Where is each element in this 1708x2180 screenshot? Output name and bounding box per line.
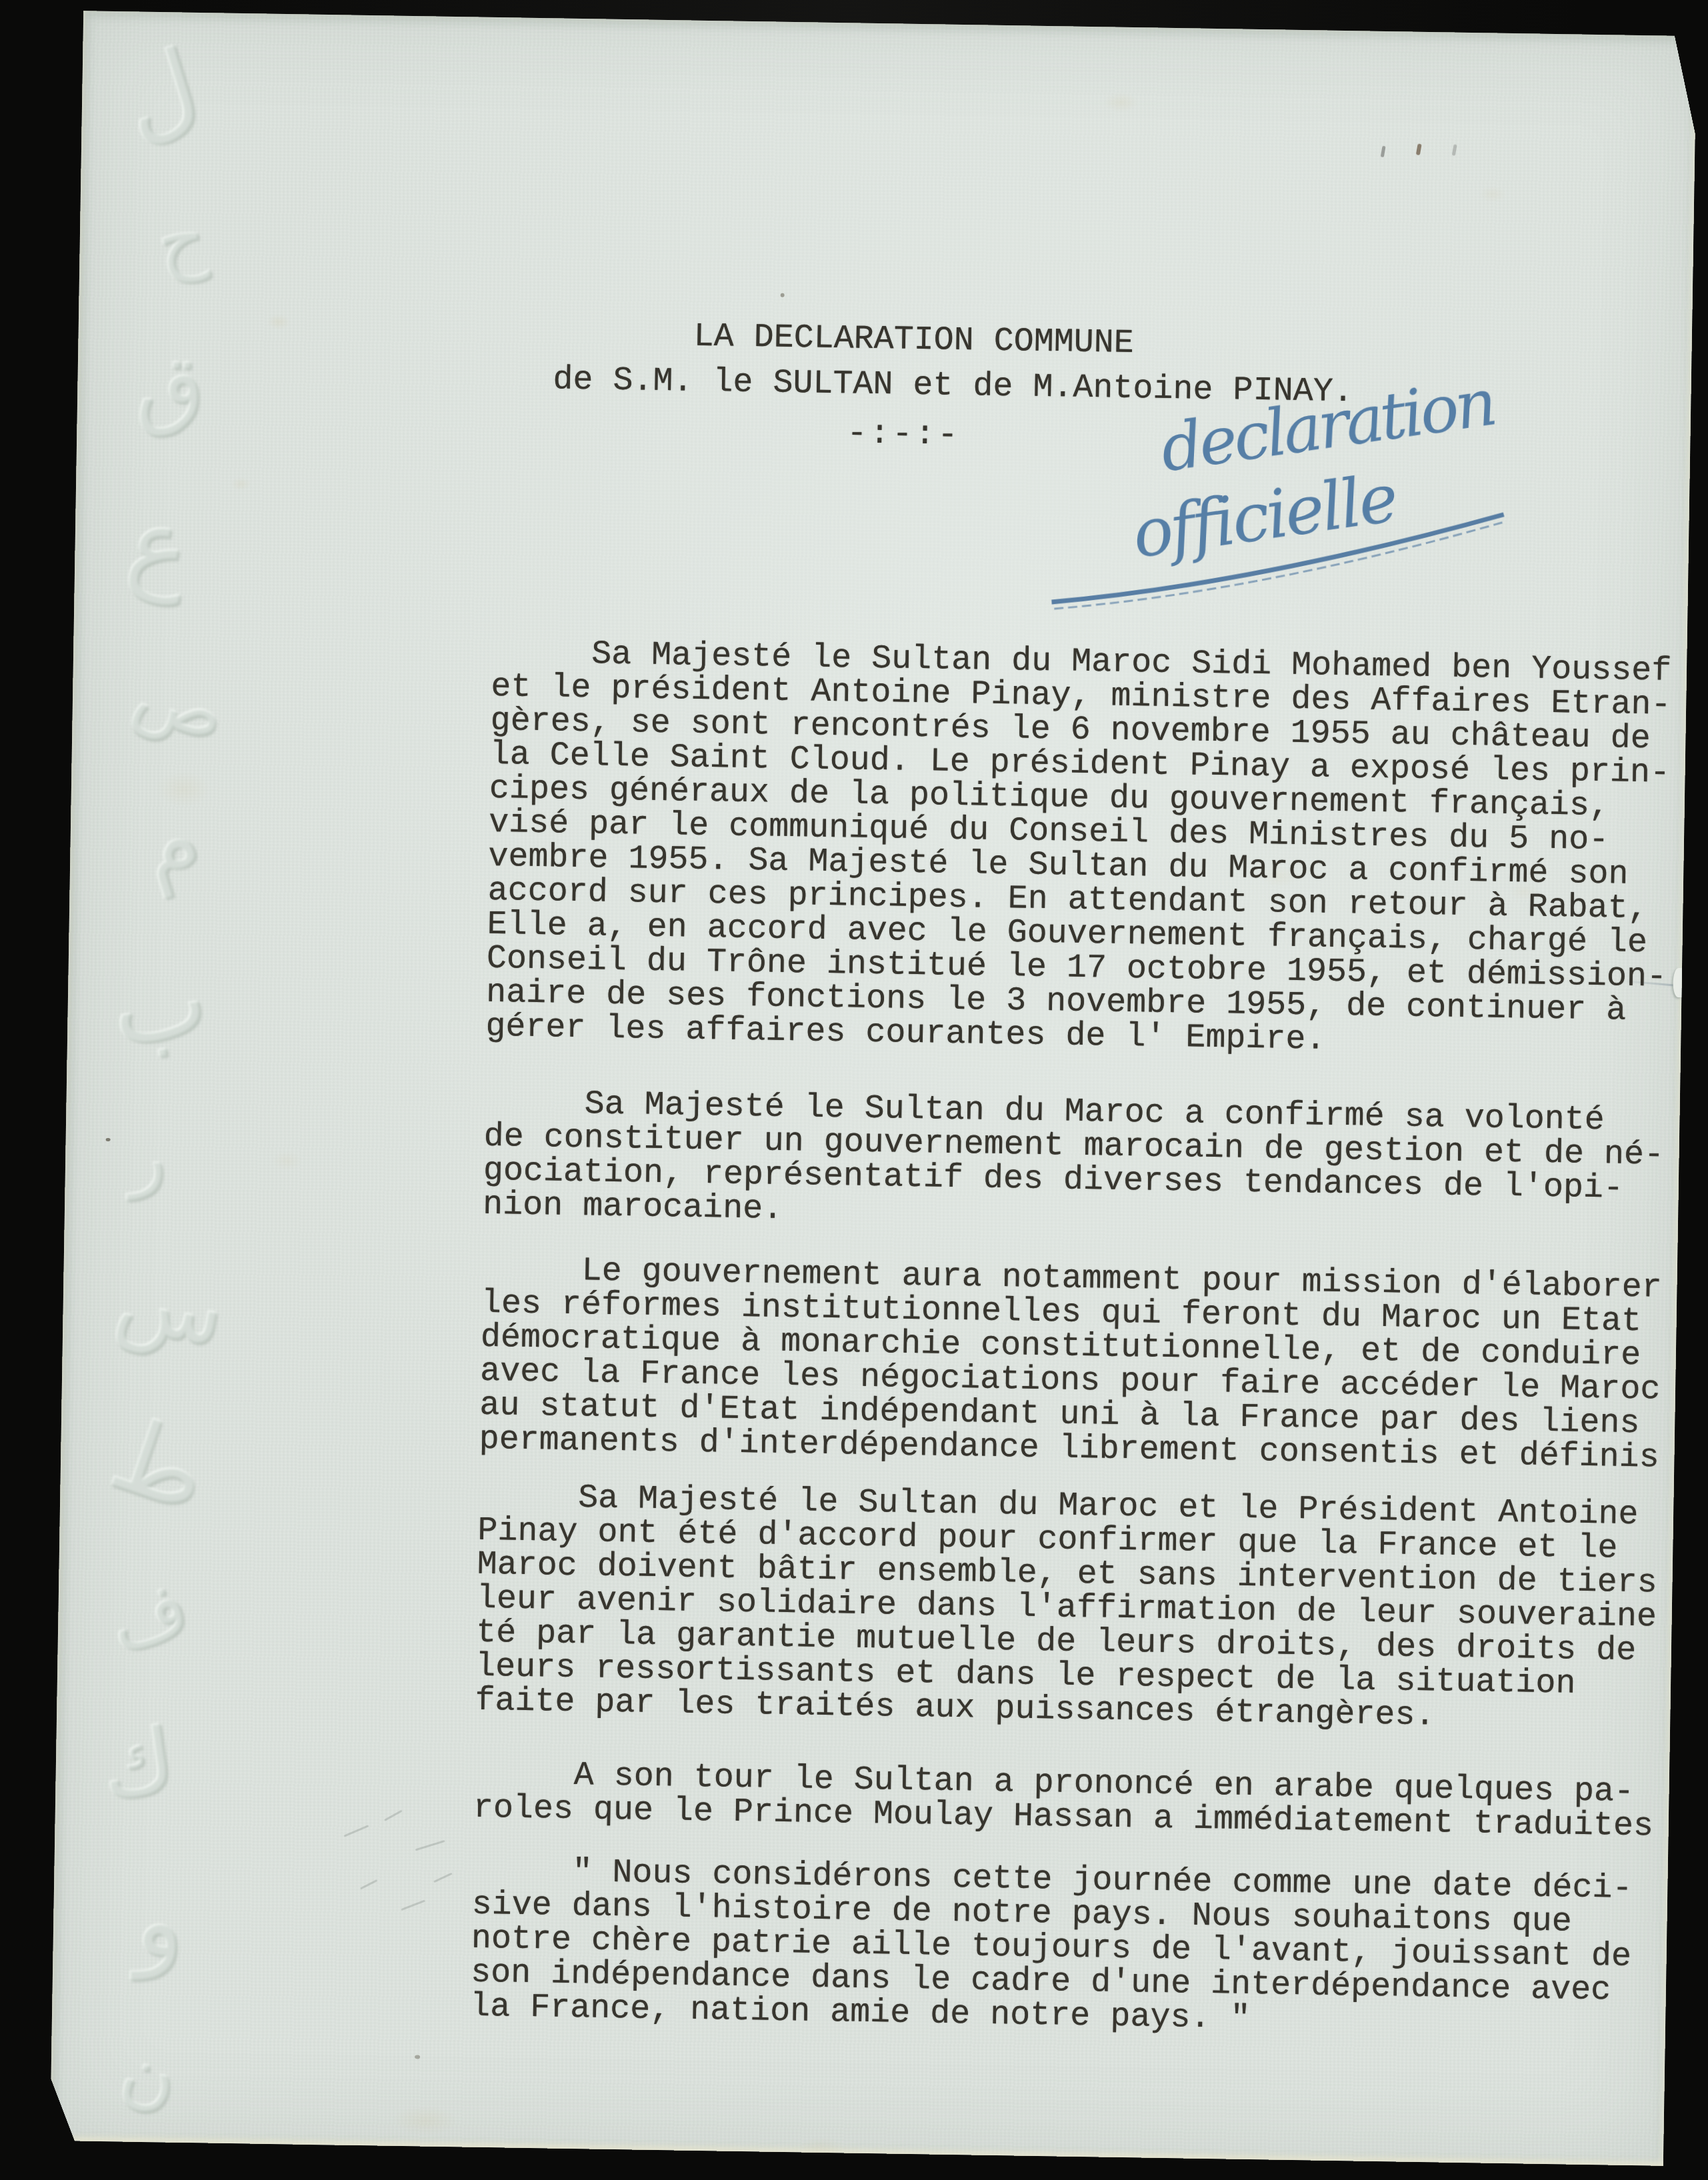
document-title: LA DECLARATION COMMUNE [693,318,1134,363]
pencil-mark [433,1873,452,1883]
pen-mark [1416,143,1422,155]
ink-speck [106,1138,111,1141]
title-separator: -:-:- [847,415,961,455]
watermark-glyph: م [132,794,210,894]
watermark-glyph: ص [127,655,236,755]
watermark-glyph: و [135,1872,185,1973]
corner-cut [1673,35,1697,136]
watermark-glyph: س [111,1255,231,1360]
paragraph: Sa Majesté le Sultan du Maroc Sidi Moham… [485,636,1672,1063]
paragraph: A son tour le Sultan a prononcé en arabe… [473,1757,1655,1844]
edge-tear [1673,968,1682,997]
ink-speck [781,293,785,297]
paper-stain [265,1147,309,1175]
paper-stain [380,2099,471,2142]
paper-stain [145,764,221,815]
paragraph: Le gouvernement aura notamment pour miss… [479,1253,1662,1475]
watermark-glyph: ل [111,35,209,152]
watermark-glyph: ق [136,343,205,433]
watermark-glyph: ف [101,1570,197,1664]
paper-stain [1474,183,1512,206]
pencil-mark [343,1825,369,1837]
watermark-glyph: ط [100,1403,220,1528]
paper-stain [1097,88,1145,117]
ink-speck [415,2055,420,2059]
scan-background: لحقعصمبرسطفكون LA DECLARATION COMMUNE [0,0,1708,2180]
handwritten-annotation: declaration officielle [993,359,1638,689]
corner-cut [49,2078,75,2142]
pencil-mark [360,1879,377,1889]
pencil-mark [384,1810,403,1821]
watermark-glyph: ح [153,200,211,281]
paragraph: " Nous considérons cette journée comme u… [470,1854,1653,2043]
watermark-glyph: ب [106,950,213,1062]
watermark-glyph: ن [115,2034,182,2117]
pen-mark [1381,146,1386,158]
paper-stain [790,2132,854,2161]
document-body: Sa Majesté le Sultan du Maroc Sidi Moham… [470,636,1672,2043]
pen-mark [1452,144,1457,156]
paragraph: Sa Majesté le Sultan du Maroc a confirmé… [483,1086,1665,1241]
paper-stain [263,311,295,333]
watermark-glyph: ع [122,491,198,600]
document-page: لحقعصمبرسطفكون LA DECLARATION COMMUNE [50,11,1697,2166]
embossed-watermark-icon: لحقعصمبرسطفكون [68,38,254,2113]
paragraph: Sa Majesté le Sultan du Maroc et le Prés… [475,1480,1659,1737]
pencil-mark [415,1840,445,1851]
watermark-glyph: ر [130,1120,167,1195]
pencil-mark [401,1900,425,1911]
watermark-glyph: ك [96,1716,180,1813]
paper-stain [227,475,255,494]
